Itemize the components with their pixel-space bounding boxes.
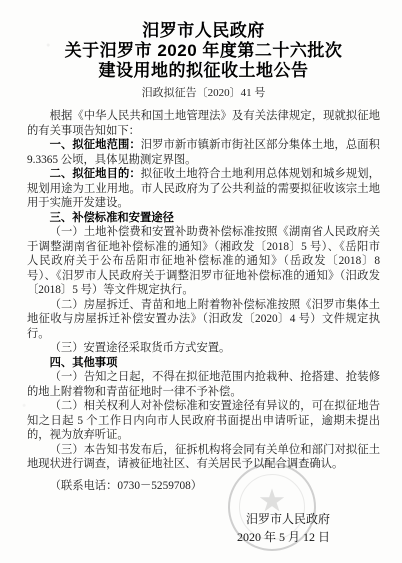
section-compensation-heading: 三、补偿标准和安置途径 [27,211,380,226]
issuing-authority: 汨罗市人民政府 [27,510,330,528]
document-body: 根据《中华人民共和国土地管理法》及有关法律规定，现就拟征地的有关事项告知如下： … [27,109,380,472]
document-title-line-2: 关于汨罗市 2020 年度第二十六批次 [27,41,380,61]
other-matters-item-1: （一）告知之日起，不得在拟征地范围内抢栽种、抢搭建、抢装修的地上附着物和青苗征地… [27,370,380,399]
intro-paragraph: 根据《中华人民共和国土地管理法》及有关法律规定，现就拟征地的有关事项告知如下： [27,109,380,138]
section-purpose-paragraph: 二、拟征地目的：拟征收土地符合土地利用总体规划和城乡规划，规划用途为工业用地。市… [27,167,380,211]
section-other-matters-heading: 四、其他事项 [27,356,380,371]
document-title: 汨罗市人民政府 关于汨罗市 2020 年度第二十六批次 建设用地的拟征收土地公告 [27,21,380,81]
compensation-item-2: （二）房屋拆迁、青苗和地上附着物补偿标准按照《汨罗市集体土地征收与房屋拆迁补偿安… [27,298,380,342]
other-matters-item-2: （二）相关权利人对补偿标准和安置途径有异议的，可在拟征地告知之日起 5 个工作日… [27,399,380,443]
other-matters-item-3: （三）本告知书发布后，征拆机构将会同有关单位和部门对拟征土地现状进行调查，请被征… [27,443,380,472]
contact-phone-line: （联系电话：0730－5259708） [27,479,380,494]
document-title-line-1: 汨罗市人民政府 [27,21,380,41]
section-scope-paragraph: 一、拟征地范围：汨罗市新市镇新市街社区部分集体土地，总面积 9.3365 公顷，… [27,138,380,167]
announcement-document-page: 汨罗市人民政府 关于汨罗市 2020 年度第二十六批次 建设用地的拟征收土地公告… [0,0,402,563]
signature-block: 汨罗市人民政府 2020 年 5 月 12 日 [27,510,380,546]
compensation-item-1: （一）土地补偿费和安置补助费补偿标准按照《湖南省人民政府关于调整湖南省征地补偿标… [27,225,380,298]
compensation-item-3: （三）安置途径采取货币方式安置。 [27,341,380,356]
document-number: 汨政拟征告〔2020〕41 号 [27,86,380,101]
document-title-line-3: 建设用地的拟征收土地公告 [27,61,380,81]
issue-date: 2020 年 5 月 12 日 [27,528,330,546]
